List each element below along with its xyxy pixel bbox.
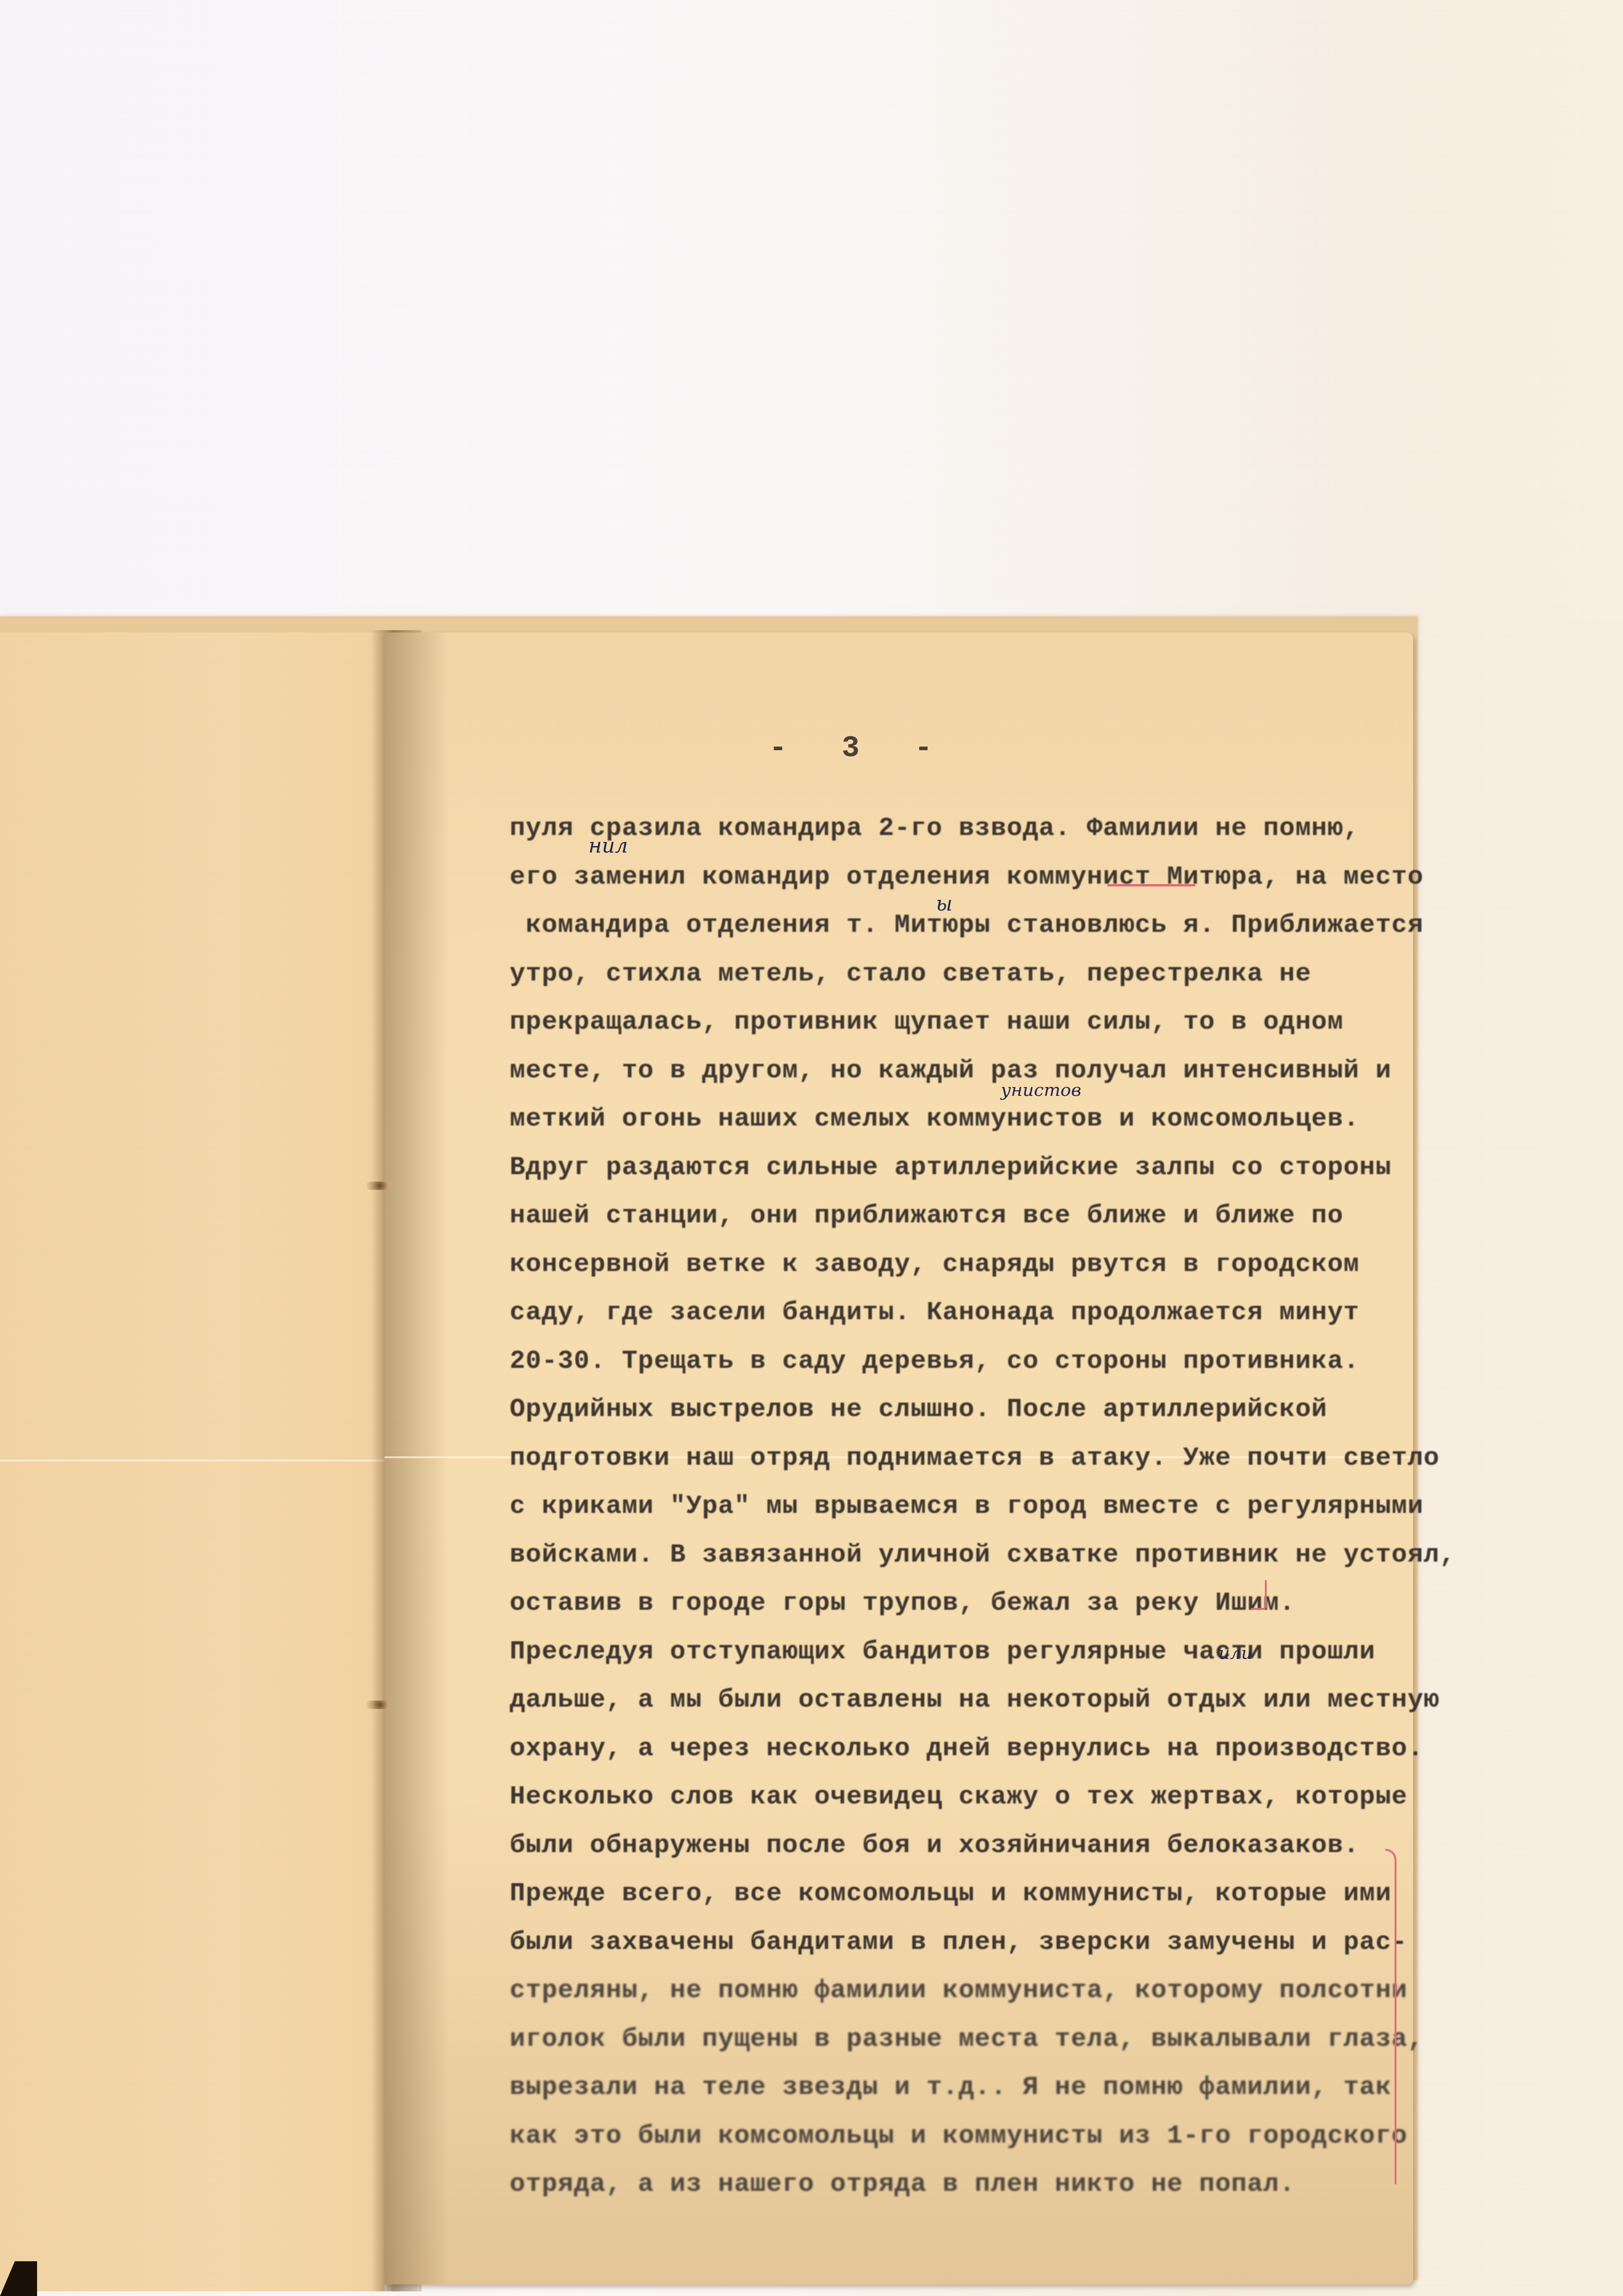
typed-line: 20-30. Трещать в саду деревья, со сторон… [510,1337,1418,1385]
typed-line: оставив в городе горы трупов, бежал за р… [510,1579,1418,1627]
typed-line: вырезали на теле звезды и т.д.. Я не пом… [510,2063,1418,2112]
left-page-fold [0,1460,389,1461]
typed-line: стреляны, не помню фамилии коммуниста, к… [510,1966,1418,2015]
typed-line: утро, стихла метель, стало светать, пере… [510,949,1418,998]
typed-line: меткий огонь наших смелых коммунистов и … [510,1094,1418,1143]
typed-line: были обнаружены после боя и хозяйничания… [510,1821,1418,1870]
typed-line: с криками "Ура" мы врываемся в город вме… [510,1482,1418,1531]
typed-line: Несколько слов как очевидец скажу о тех … [510,1772,1418,1821]
typed-line: дальше, а мы были оставлены на некоторый… [510,1676,1418,1724]
typed-line: Вдруг раздаются сильные артиллерийские з… [510,1143,1418,1192]
typed-line: войсками. В завязанной уличной схватке п… [510,1531,1418,1579]
typed-line: были захвачены бандитами в плен, зверски… [510,1918,1418,1967]
typed-line: его заменил командир отделения коммунист… [510,853,1418,901]
red-bracket-mark [1251,1580,1267,1610]
typed-line: Орудийных выстрелов не слышно. После арт… [510,1385,1418,1434]
handwritten-correction: ы [936,892,953,916]
handwritten-correction: или [1219,1643,1252,1663]
typed-line: охрану, а через несколько дней вернулись… [510,1724,1418,1773]
page-number: - 3 - [769,732,951,765]
staple-hole-bottom [366,1701,394,1709]
typed-line: месте, то в другом, но каждый раз получа… [510,1046,1418,1095]
typed-line: иголок были пущены в разные места тела, … [510,2015,1418,2063]
handwritten-correction: нил [588,834,628,858]
typed-line: Прежде всего, все комсомольцы и коммунис… [510,1869,1418,1918]
red-underline-mark [1107,884,1195,886]
left-page [0,633,385,2291]
typed-line: командира отделения т. Митюры становлюсь… [510,901,1418,949]
typed-line: нашей станции, они приближаются все ближ… [510,1191,1418,1240]
typed-line: прекращалась, противник щупает наши силы… [510,998,1418,1046]
handwritten-correction: унистов [1001,1080,1081,1100]
typed-line: как это были комсомольцы и коммунисты из… [510,2112,1418,2160]
typed-line: саду, где засели бандиты. Канонада продо… [510,1288,1418,1337]
typed-line: Преследуя отступающих бандитов регулярны… [510,1627,1418,1676]
typed-text-body: пуля сразила командира 2-го взвода. Фами… [510,804,1418,2208]
staple-hole-top [366,1182,394,1190]
typed-line: подготовки наш отряд поднимается в атаку… [510,1434,1418,1482]
scan-background [0,0,1623,621]
typed-line: пуля сразила командира 2-го взвода. Фами… [510,804,1418,853]
typed-line: отряда, а из нашего отряда в плен никто … [510,2160,1418,2208]
red-margin-bracket [1385,1849,1396,2184]
typed-line: консервной ветке к заводу, снаряды рвутс… [510,1240,1418,1289]
